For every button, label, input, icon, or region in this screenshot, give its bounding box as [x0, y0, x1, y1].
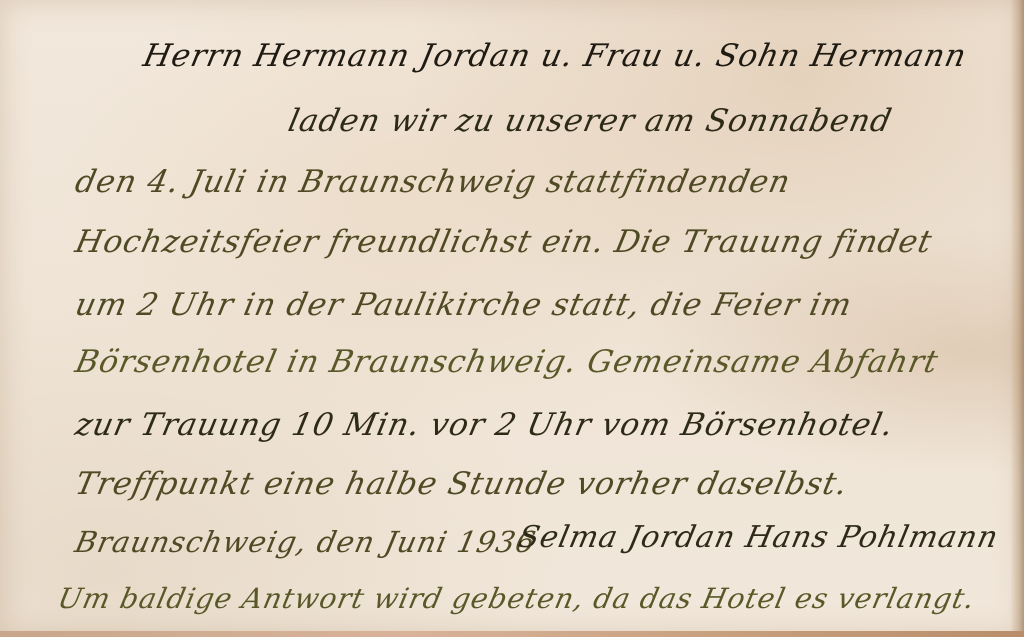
paper-edge-right	[1010, 0, 1024, 637]
letter-line-2: laden wir zu unserer am Sonnabend	[285, 103, 895, 139]
letter-line-8: Treffpunkt eine halbe Stunde vorher dase…	[72, 466, 851, 502]
postcard: Herrn Hermann Jordan u. Frau u. Sohn Her…	[0, 0, 1024, 637]
signature: Selma Jordan Hans Pohlmann	[515, 520, 1002, 555]
place-date: Braunschweig, den Juni 1936	[72, 525, 539, 559]
letter-line-3: den 4. Juli in Braunschweig stattfindend…	[72, 164, 794, 200]
letter-line-6: Börsenhotel in Braunschweig. Gemeinsame …	[72, 344, 942, 380]
paper-edge-bottom	[0, 631, 1024, 637]
address-line: Herrn Hermann Jordan u. Frau u. Sohn Her…	[140, 38, 970, 74]
letter-line-7: zur Trauung 10 Min. vor 2 Uhr vom Börsen…	[72, 407, 897, 443]
letter-line-4: Hochzeitsfeier freundlichst ein. Die Tra…	[72, 224, 936, 260]
postscript: Um baldige Antwort wird gebeten, da das …	[55, 582, 978, 615]
letter-line-5: um 2 Uhr in der Paulikirche statt, die F…	[72, 287, 855, 323]
